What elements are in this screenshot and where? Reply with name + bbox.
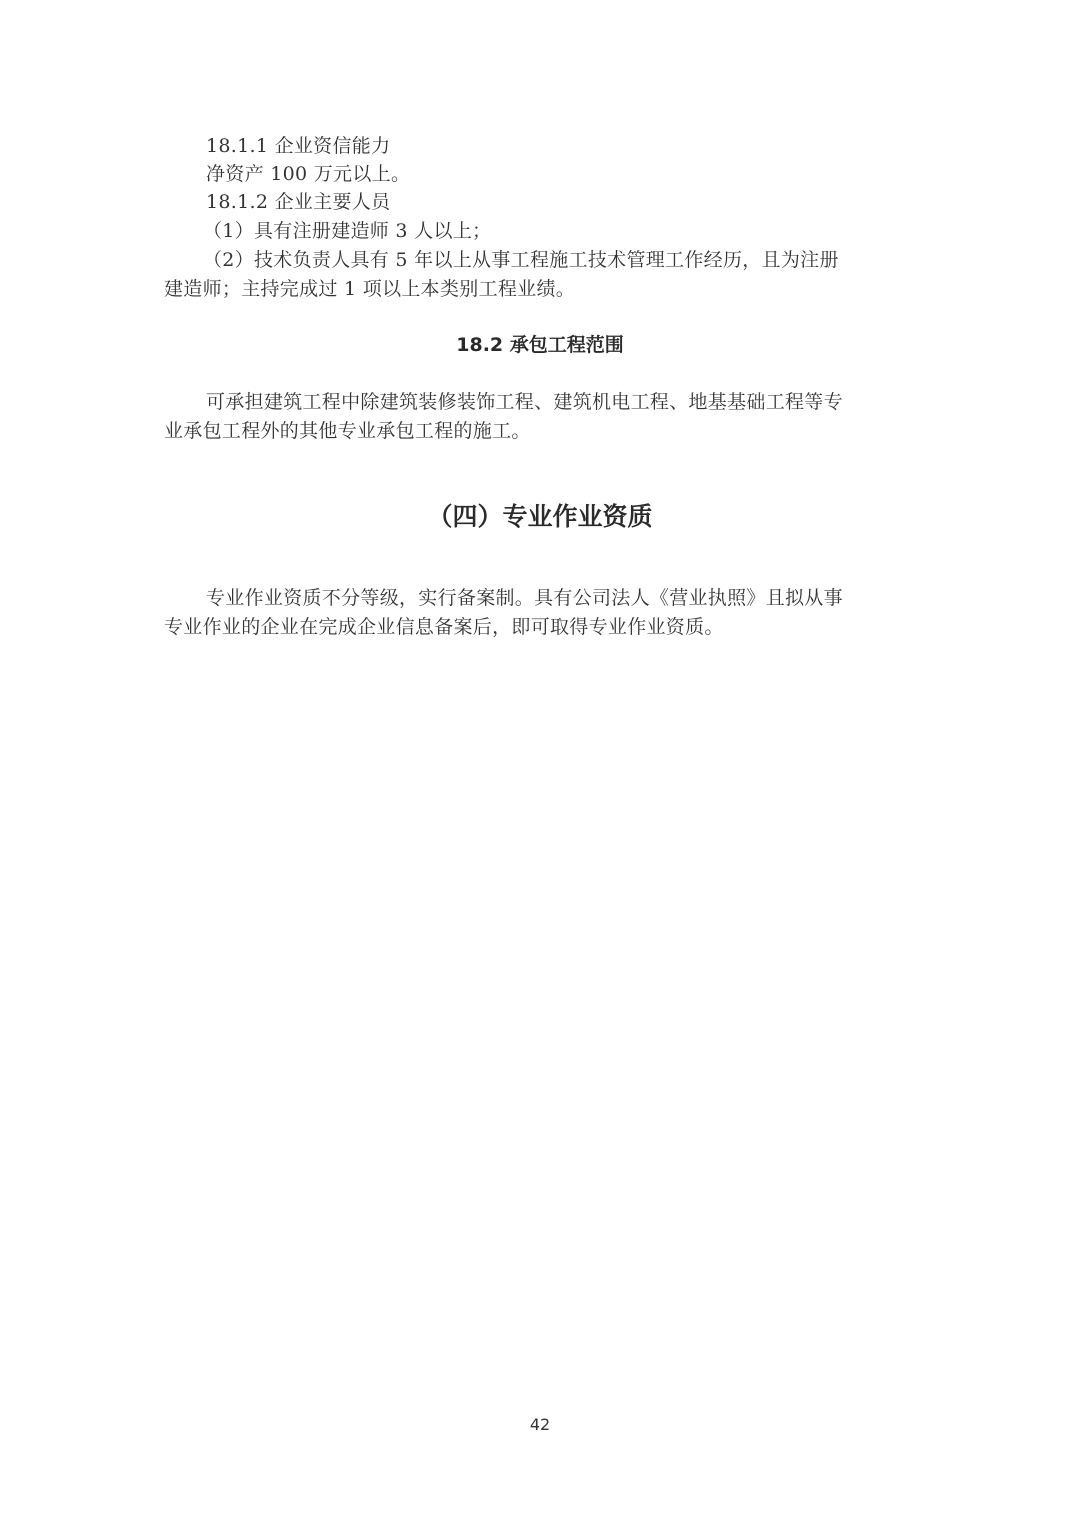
professional-work-paragraph-line2: 专业作业的企业在完成企业信息备案后，即可取得专业作业资质。 [164, 613, 724, 641]
item-title-credit: 18.1.1 企业资信能力 [206, 132, 390, 160]
chapter-heading-professional-work: （四）专业作业资质 [0, 497, 1080, 533]
professional-work-paragraph-line1: 专业作业资质不分等级，实行备案制。具有公司法人《营业执照》且拟从事 [206, 584, 843, 612]
scope-paragraph-line1: 可承担建筑工程中除建筑装修装饰工程、建筑机电工程、地基基础工程等专 [206, 388, 843, 416]
personnel-point-1: （1）具有注册建造师 3 人以上； [203, 217, 491, 245]
item-title-personnel: 18.1.2 企业主要人员 [206, 188, 390, 216]
personnel-point-2-line1: （2）技术负责人具有 5 年以上从事工程施工技术管理工作经历，且为注册 [203, 246, 839, 274]
scope-paragraph-line2: 业承包工程外的其他专业承包工程的施工。 [164, 417, 531, 445]
section-heading-scope: 18.2 承包工程范围 [0, 330, 1080, 357]
item-text-net-assets: 净资产 100 万元以上。 [206, 160, 410, 188]
page-number: 42 [0, 1415, 1080, 1434]
personnel-point-2-line2: 建造师；主持完成过 1 项以上本类别工程业绩。 [164, 275, 575, 303]
